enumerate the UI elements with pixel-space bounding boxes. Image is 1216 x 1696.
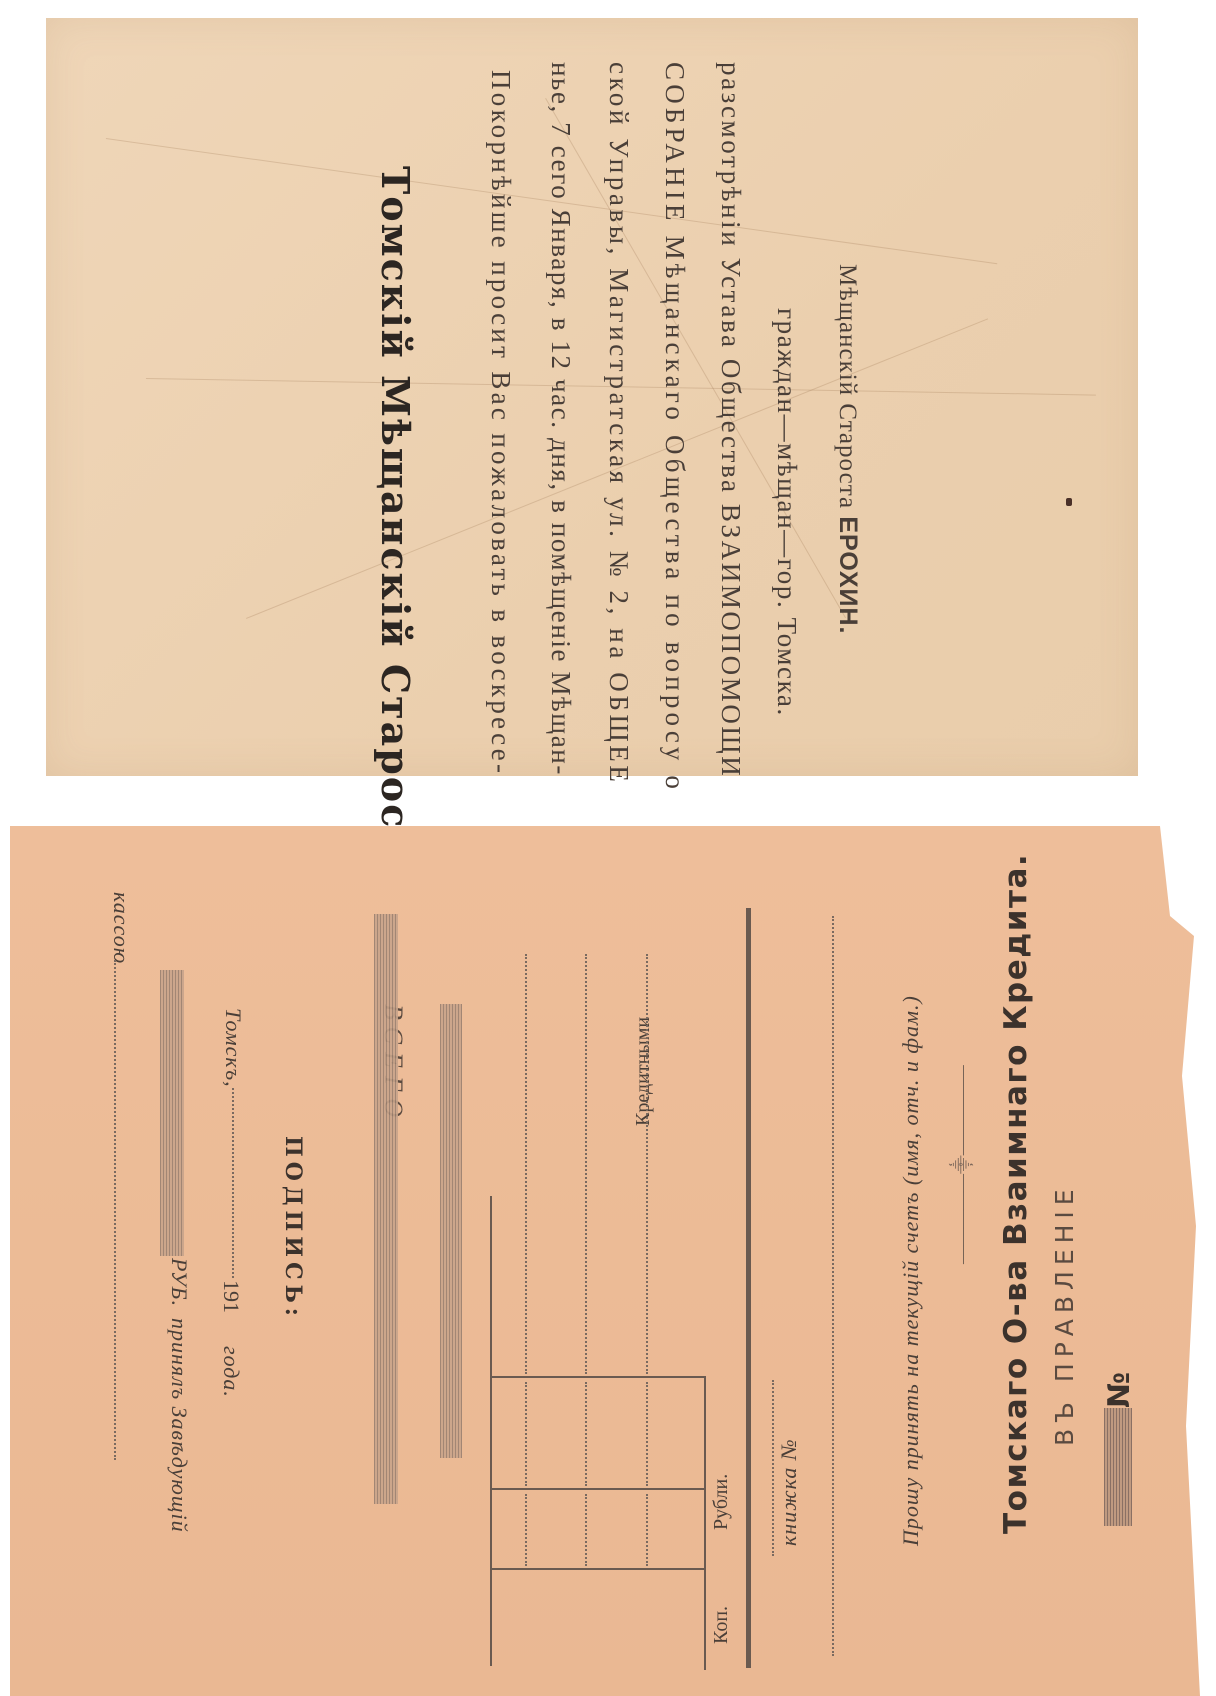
body-line-5: разсмотрѣніи Устава Общества ВЗАИМОПОМОЩ… <box>715 62 746 778</box>
invitation-title: Томскій Мѣщанскій Староста <box>373 166 418 881</box>
received-amount-box[interactable] <box>160 970 184 1256</box>
invitation-sheet: Томскій Мѣщанскій Староста Покорнѣйше пр… <box>46 18 1138 776</box>
amount-in-words-box[interactable] <box>374 914 398 1504</box>
signature-title: Мѣщанскій Староста <box>834 264 861 509</box>
row-field-3[interactable] <box>525 954 527 1374</box>
credit-notes-field[interactable] <box>646 954 648 1374</box>
rubles-column-header: Рубли. <box>710 1474 733 1530</box>
book-number-field[interactable] <box>772 1380 774 1556</box>
ornament-divider: —————⸎————— <box>950 1065 974 1264</box>
signature-label: ПОДПИСЬ: <box>280 1136 306 1321</box>
signature-line: Мѣщанскій Староста ЕРОХИН. <box>833 264 862 635</box>
kopecks-column-header: Коп. <box>710 1606 733 1644</box>
header-to-board: ВЪ ПРАВЛЕНІЕ <box>1050 1183 1079 1446</box>
header-society-name: Томскаго О-ва Взаимнаго Кредита. <box>998 853 1034 1534</box>
rubles-column-rule <box>490 1488 706 1490</box>
body-line-2: нье, 7 сего Января, в 12 час. дня, в пом… <box>545 62 576 776</box>
credit-kopecks-field[interactable] <box>646 1494 648 1566</box>
credit-rubles-field[interactable] <box>646 1382 648 1486</box>
date-field[interactable] <box>232 1088 234 1278</box>
row3-kopecks-field[interactable] <box>525 1494 527 1566</box>
row-field-2[interactable] <box>585 954 587 1374</box>
number-sign: № <box>1102 1370 1137 1408</box>
row2-kopecks-field[interactable] <box>585 1494 587 1566</box>
signature-name: ЕРОХИН. <box>834 516 862 634</box>
body-line-6: граждан—мѣщан—гор. Томска. <box>771 308 802 717</box>
ink-speck <box>1066 498 1072 506</box>
year-prefix: 191 <box>218 1280 244 1313</box>
deposit-form-sheet: № ВЪ ПРАВЛЕНІЕ Томскаго О-ва Взаимнаго К… <box>10 826 1200 1696</box>
book-number-label: книжка № <box>776 1438 802 1546</box>
name-field[interactable] <box>832 916 834 1656</box>
year-suffix: года. <box>218 1346 244 1398</box>
body-line-4: СОБРАНІЕ Мѣщанскаго Общества по вопросу … <box>659 62 690 793</box>
header-rule <box>704 1376 706 1670</box>
total-rule <box>490 1196 492 1666</box>
table-top-rule <box>746 908 751 1668</box>
row3-rubles-field[interactable] <box>525 1382 527 1486</box>
request-text: Прошу принять на текущій счетъ (имя, отч… <box>898 995 924 1546</box>
received-by-label: принялъ Завѣдующій <box>166 1318 192 1533</box>
amount-column-rule <box>490 1376 706 1378</box>
body-line-1: Покорнѣйше просит Вас пожаловать в воскр… <box>485 70 516 776</box>
kopecks-column-rule <box>490 1568 706 1570</box>
cashier-signature-field[interactable] <box>114 960 116 1460</box>
row2-rubles-field[interactable] <box>585 1382 587 1486</box>
total-amount-box[interactable] <box>440 1004 462 1458</box>
place-label: Томскъ, <box>220 1008 246 1088</box>
credit-notes-label: Кредитными <box>632 1017 655 1126</box>
rub-label: РУБ. <box>166 1258 192 1307</box>
body-line-3: ской Управы, Магистратская ул. № 2, на О… <box>603 62 634 786</box>
cashier-label: кассою <box>108 892 134 964</box>
number-stamp-box <box>1104 1408 1132 1526</box>
